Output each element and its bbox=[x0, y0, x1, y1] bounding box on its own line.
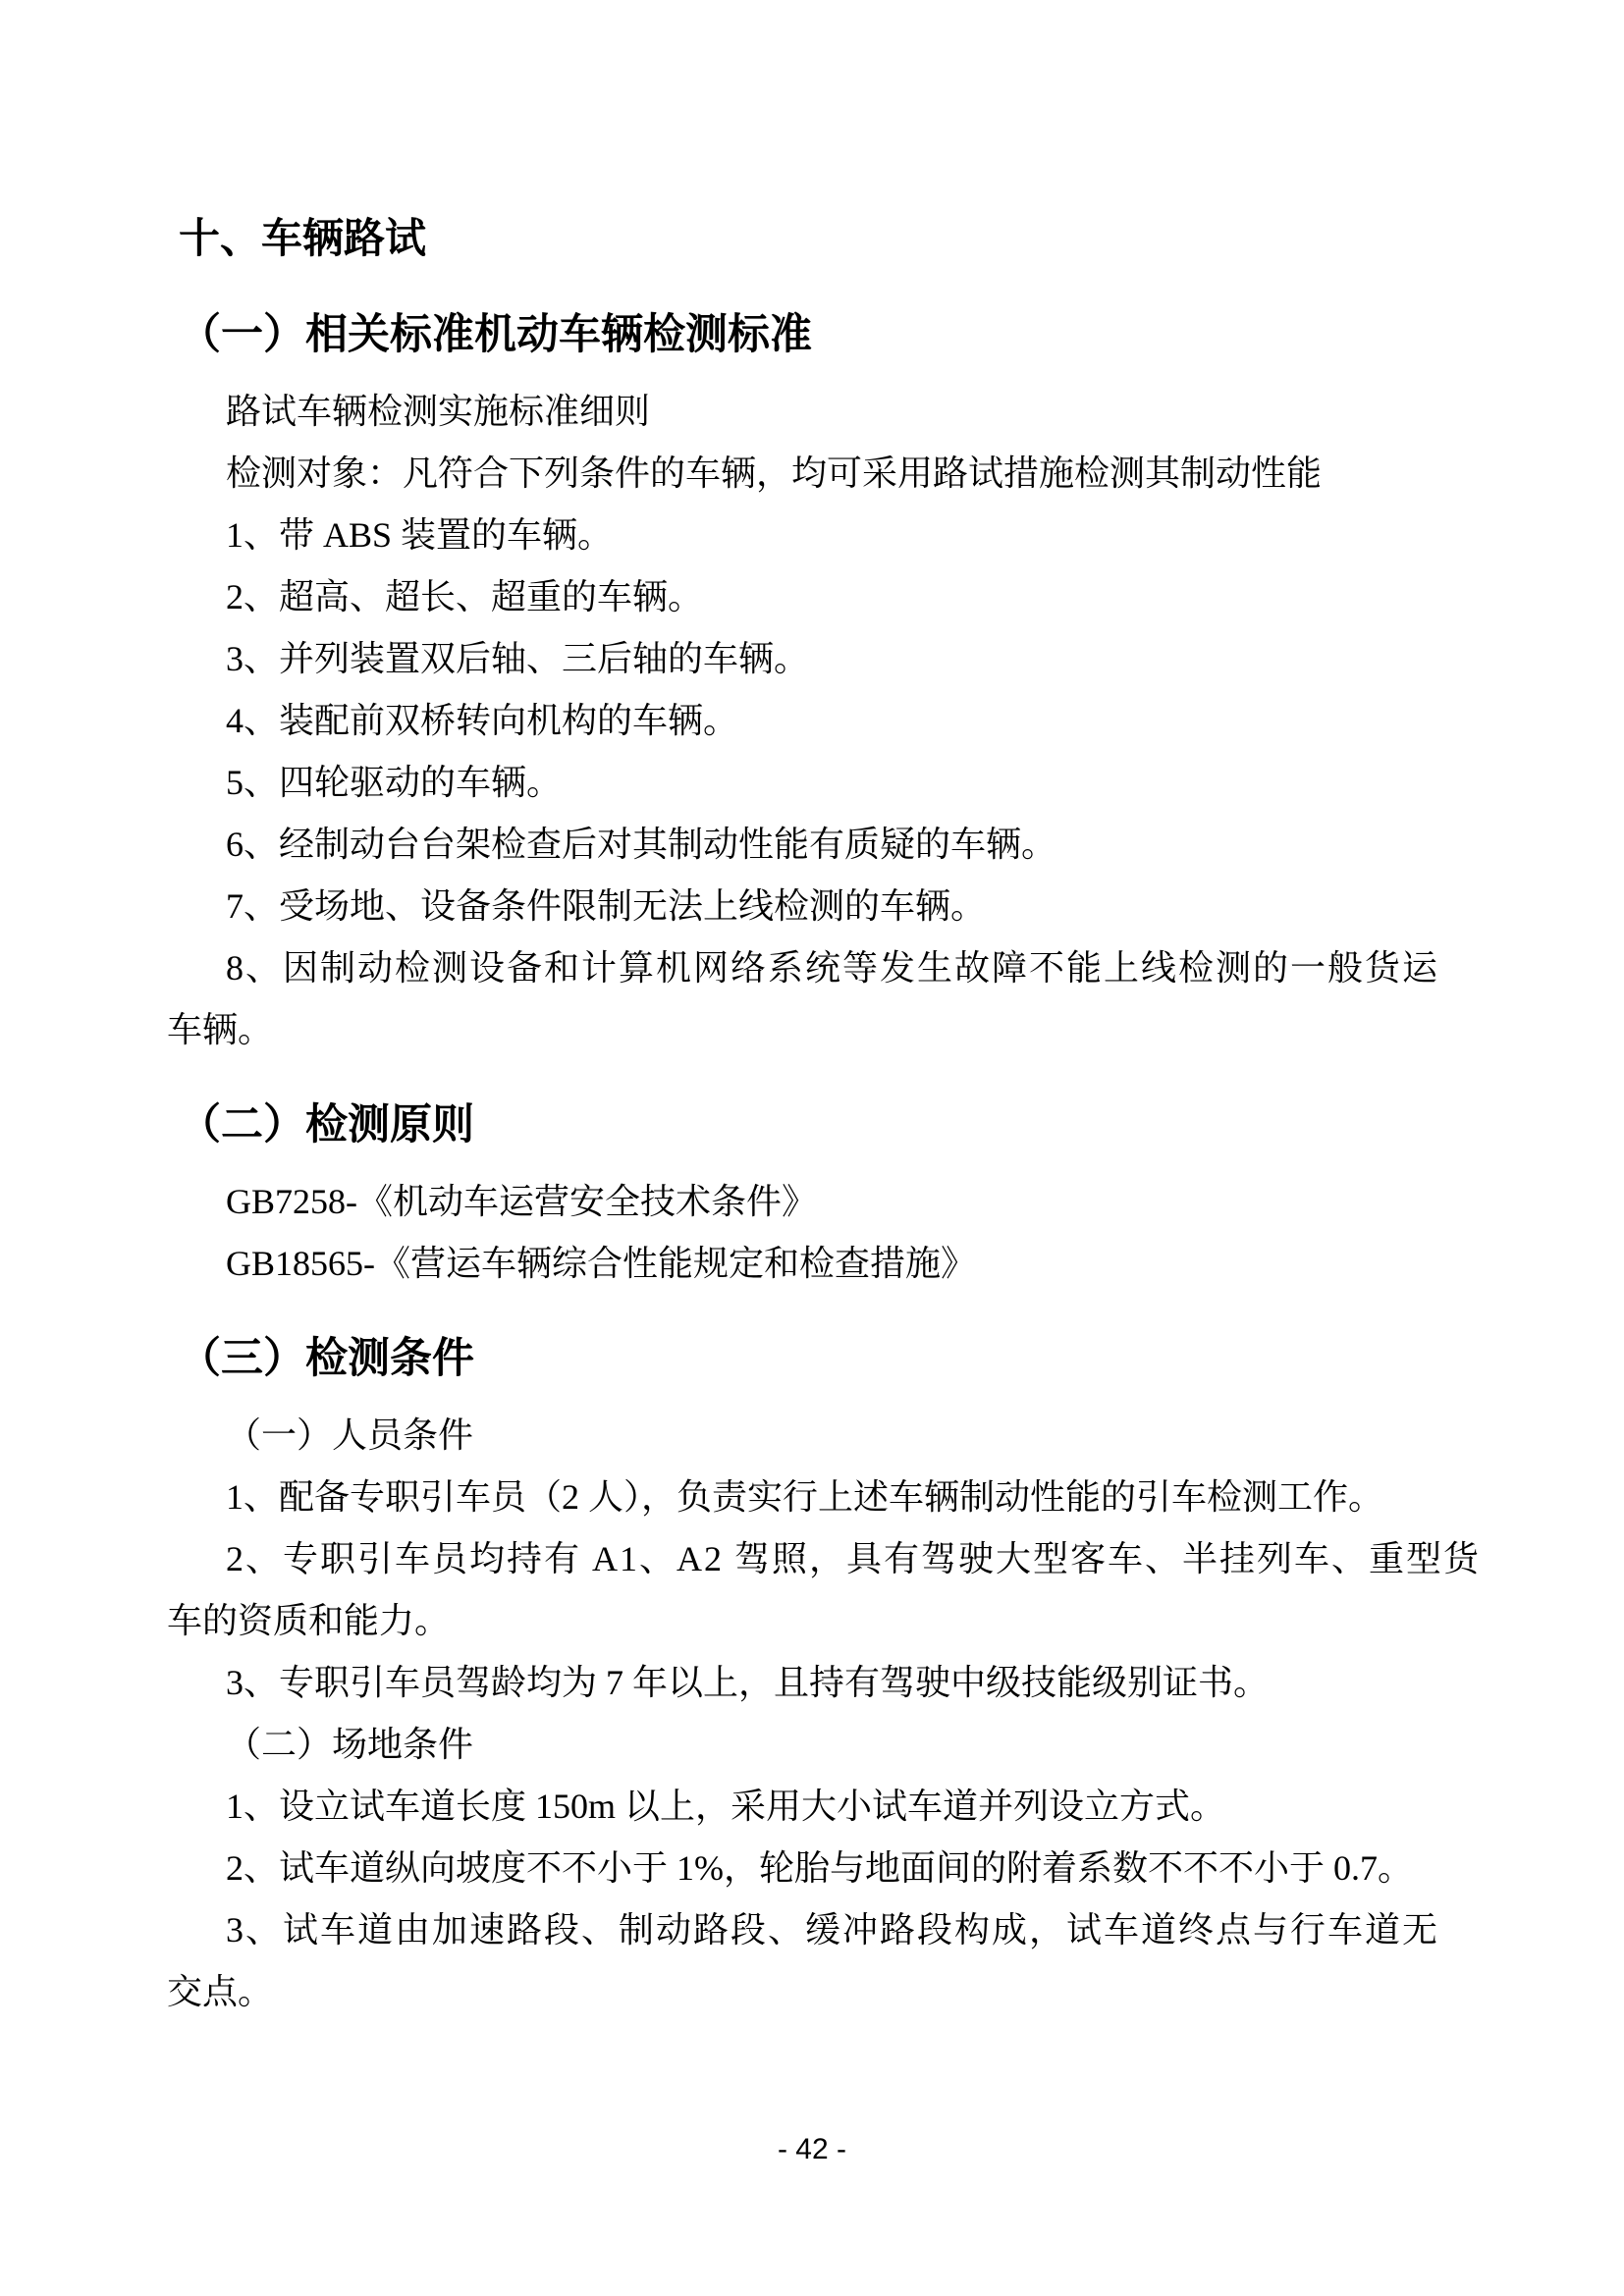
list-item: 2、专职引车员均持有 A1、A2 驾照，具有驾驶大型客车、半挂列车、重型货 bbox=[167, 1528, 1477, 1590]
section-heading-2: （二）检测原则 bbox=[179, 1095, 1477, 1155]
list-item-continuation: 交点。 bbox=[167, 1961, 1477, 2023]
list-item: 7、受场地、设备条件限制无法上线检测的车辆。 bbox=[167, 876, 1477, 937]
list-item: 2、超高、超长、超重的车辆。 bbox=[167, 566, 1477, 628]
doc-title: 十、车辆路试 bbox=[179, 208, 1477, 269]
list-item: 3、试车道由加速路段、制动路段、缓冲路段构成，试车道终点与行车道无 bbox=[167, 1899, 1477, 1961]
paragraph-line: 检测对象：凡符合下列条件的车辆，均可采用路试措施检测其制动性能 bbox=[167, 443, 1477, 505]
list-item: 6、经制动台台架检查后对其制动性能有质疑的车辆。 bbox=[167, 814, 1477, 876]
list-item: 5、四轮驱动的车辆。 bbox=[167, 752, 1477, 814]
list-item-continuation: 车辆。 bbox=[167, 999, 1477, 1061]
list-item: 3、并列装置双后轴、三后轴的车辆。 bbox=[167, 628, 1477, 690]
page-number: - 42 - bbox=[0, 2132, 1624, 2167]
list-item: 1、设立试车道长度 150m 以上，采用大小试车道并列设立方式。 bbox=[167, 1776, 1477, 1838]
list-item: 2、试车道纵向坡度不不小于 1%，轮胎与地面间的附着系数不不不小于 0.7。 bbox=[167, 1838, 1477, 1899]
paragraph-line: GB7258-《机动车运营安全技术条件》 bbox=[167, 1171, 1477, 1233]
paragraph-line: GB18565-《营运车辆综合性能规定和检查措施》 bbox=[167, 1233, 1477, 1295]
list-item: 1、配备专职引车员（2 人），负责实行上述车辆制动性能的引车检测工作。 bbox=[167, 1467, 1477, 1528]
list-item: 4、装配前双桥转向机构的车辆。 bbox=[167, 690, 1477, 752]
paragraph-line: 路试车辆检测实施标准细则 bbox=[167, 381, 1477, 443]
sub-heading: （一）人员条件 bbox=[167, 1405, 1477, 1467]
document-page: 十、车辆路试 （一）相关标准机动车辆检测标准 路试车辆检测实施标准细则 检测对象… bbox=[0, 0, 1624, 2296]
list-item: 1、带 ABS 装置的车辆。 bbox=[167, 505, 1477, 566]
list-item: 8、因制动检测设备和计算机网络系统等发生故障不能上线检测的一般货运 bbox=[167, 937, 1477, 999]
section-heading-1: （一）相关标准机动车辆检测标准 bbox=[179, 304, 1477, 365]
list-item-continuation: 车的资质和能力。 bbox=[167, 1590, 1477, 1652]
list-item: 3、专职引车员驾龄均为 7 年以上，且持有驾驶中级技能级别证书。 bbox=[167, 1652, 1477, 1714]
section-heading-3: （三）检测条件 bbox=[179, 1328, 1477, 1389]
sub-heading: （二）场地条件 bbox=[167, 1714, 1477, 1776]
